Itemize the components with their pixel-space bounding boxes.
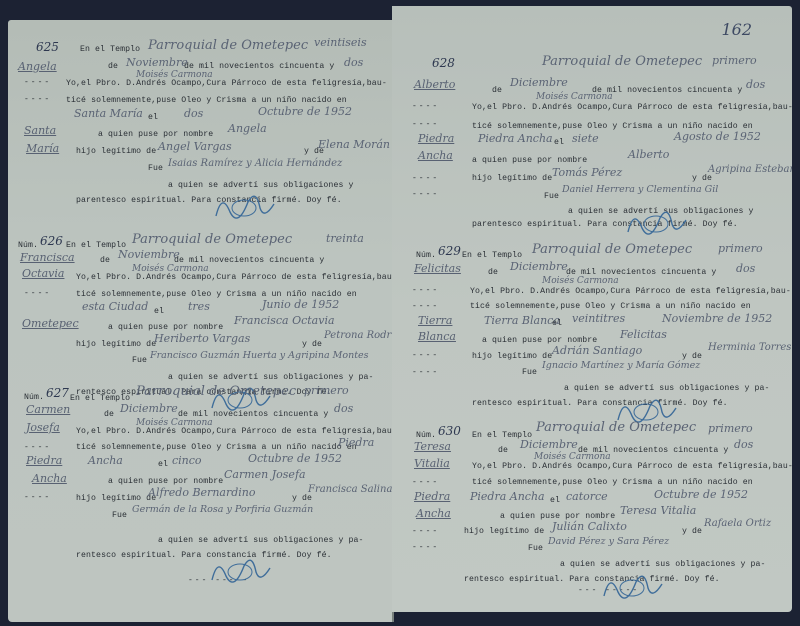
num-label: Núm. — [18, 241, 38, 250]
day-word: primero — [718, 242, 763, 255]
oils-line: ticé solemnemente,puse Oleo y Crisma a u… — [470, 302, 751, 311]
child-name: Carmen Josefa — [224, 468, 306, 481]
temple-label: En el Templo — [80, 45, 140, 54]
margin-name: Ancha — [416, 507, 451, 520]
godparents: Francisco Guzmán Huerta y Agripina Monte… — [150, 350, 369, 361]
priest-correction: Moisés Carmona — [534, 452, 611, 462]
parents-line: hijo legítimo de — [464, 527, 544, 536]
entry-number: 627 — [46, 386, 69, 400]
godparents: Daniel Herrera y Clementina Gil — [562, 184, 718, 195]
godparents-label: Fue — [544, 192, 559, 201]
parents-line: hijo legítimo de — [76, 340, 156, 349]
priest-signature — [204, 550, 274, 594]
priest-line: Yo,el Pbro. D.Andrés Ocampo,Cura Párroco… — [76, 427, 392, 436]
father: Heriberto Vargas — [154, 332, 250, 345]
child-name: Felicitas — [620, 328, 667, 341]
margin-dashes: ---- — [412, 543, 439, 552]
birth-date: Octubre de 1952 — [258, 105, 352, 118]
godparents: Germán de la Rosa y Porfiria Guzmán — [132, 504, 313, 515]
godparents-label: Fue — [112, 511, 127, 520]
month-label: de — [492, 86, 502, 95]
name-line: a quien puse por nombre — [108, 477, 223, 486]
month-label: de — [488, 268, 498, 277]
page-number: 162 — [721, 20, 752, 39]
margin-name: Josefa — [26, 421, 60, 434]
month-label: de — [498, 446, 508, 455]
month: Diciembre — [510, 76, 568, 89]
birth-date: Junio de 1952 — [262, 298, 339, 311]
birth-day: tres — [188, 300, 210, 313]
oils-line: ticé solemnemente,puse Oleo y Crisma a u… — [66, 96, 347, 105]
day-word: primero — [712, 54, 757, 67]
year-phrase: de mil novecientos cincuenta y — [592, 86, 742, 95]
month-label: de — [100, 256, 110, 265]
child-name: Alberto — [628, 148, 669, 161]
margin-name: Ancha — [418, 149, 453, 162]
child-name: Teresa Vitalia — [620, 504, 696, 517]
godparents: Isaias Ramírez y Alicia Hernández — [168, 158, 342, 169]
mother: Francisca Salinas — [308, 484, 392, 495]
birth-place-continued: Piedra — [338, 436, 374, 449]
el-label: el — [554, 138, 564, 147]
entry-number: 629 — [438, 244, 461, 258]
el-label: el — [158, 460, 168, 469]
mother: Petrona Rodríguez — [324, 330, 392, 341]
closing: parentesco espiritual. Para constancia f… — [472, 220, 738, 229]
margin-dashes: ---- — [24, 289, 51, 298]
month: Diciembre — [120, 402, 178, 415]
month-label: de — [104, 410, 114, 419]
left-page: 625 En el Templo Parroquial de Ometepec … — [8, 20, 392, 622]
priest-line: Yo,el Pbro. D.Andrés Ocampo,Cura Párroco… — [66, 79, 387, 88]
birth-date: Octubre de 1952 — [654, 488, 748, 501]
temple-name: Parroquial de Ometepec — [536, 420, 696, 435]
temple-name: Parroquial de Ometepec — [532, 242, 692, 257]
margin-name: Piedra — [414, 490, 450, 503]
margin-dashes: ---- — [412, 527, 439, 536]
priest-correction: Moisés Carmona — [536, 92, 613, 102]
margin-dashes: ---- — [412, 302, 439, 311]
temple-name: Parroquial de Ometepec — [136, 384, 296, 399]
father: Tomás Pérez — [552, 166, 622, 179]
margin-name: Tierra — [418, 314, 452, 327]
month: Diciembre — [520, 438, 578, 451]
godparents-label: Fue — [148, 164, 163, 173]
birth-day: veintitres — [572, 312, 625, 325]
margin-name: Santa — [24, 124, 56, 137]
margin-name: Angela — [18, 60, 57, 73]
month: Diciembre — [510, 260, 568, 273]
margin-name: Francisca — [20, 251, 75, 264]
entry-number: 630 — [438, 424, 461, 438]
y-de: y de — [292, 494, 312, 503]
margin-name: Ometepec — [22, 317, 79, 330]
godparents-label: Fue — [132, 356, 147, 365]
y-de: y de — [692, 174, 712, 183]
birth-place: Tierra Blanca — [484, 314, 560, 327]
margin-dashes: ---- — [24, 443, 51, 452]
margin-dashes: ---- — [412, 190, 439, 199]
margin-name: Carmen — [26, 403, 70, 416]
el-label: el — [148, 113, 158, 122]
year-suffix: dos — [736, 262, 755, 275]
name-line: a quien puse por nombre — [108, 323, 223, 332]
year-suffix: dos — [334, 402, 353, 415]
parents-line: hijo legítimo de — [472, 352, 552, 361]
temple-name: Parroquial de Ometepec — [148, 38, 308, 53]
margin-dashes: ---- — [412, 102, 439, 111]
margin-dashes: ---- — [412, 478, 439, 487]
entry-number: 625 — [36, 40, 59, 54]
closing: rentesco espiritual. Para constancia fir… — [472, 399, 728, 408]
birth-place: Piedra Ancha — [470, 490, 545, 503]
year-suffix: dos — [746, 78, 765, 91]
father: Alfredo Bernardino — [148, 486, 255, 499]
margin-name: Alberto — [414, 78, 455, 91]
margin-dashes: ---- — [412, 351, 439, 360]
margin-name: Piedra — [418, 132, 454, 145]
birth-place: Santa María — [74, 107, 143, 120]
margin-dashes: ---- — [412, 120, 439, 129]
child-name: Francisca Octavia — [234, 314, 335, 327]
godparents: David Pérez y Sara Pérez — [548, 536, 669, 547]
birth-day: cinco — [172, 454, 202, 467]
entry-number: 626 — [40, 234, 63, 248]
priest-line: Yo,el Pbro. D.Andrés Ocampo,Cura Párroco… — [472, 462, 792, 471]
margin-dashes: ---- — [412, 286, 439, 295]
godparents-label: Fue — [522, 368, 537, 377]
day-word: primero — [304, 384, 349, 397]
el-label: el — [550, 496, 560, 505]
mother: Herminia Torres — [708, 342, 791, 353]
temple-name: Parroquial de Ometepec — [132, 232, 292, 247]
priest-signature — [620, 202, 690, 246]
admonition: a quien se advertí sus obligaciones y pa… — [158, 536, 364, 545]
margin-dashes: ---- — [412, 174, 439, 183]
priest-line: Yo,el Pbro. D.Andrés Ocampo,Cura Párroco… — [472, 103, 792, 112]
closing: rentesco espiritual. Para constancia fir… — [464, 575, 720, 584]
birth-place: esta Ciudad — [82, 300, 148, 313]
margin-dashes: ---- — [412, 368, 439, 377]
birth-date: Octubre de 1952 — [248, 452, 342, 465]
temple-name: Parroquial de Ometepec — [542, 54, 702, 69]
birth-day: catorce — [566, 490, 608, 503]
margin-name: Vitalia — [414, 457, 450, 470]
day-word: veintiseis — [314, 36, 367, 49]
birth-place-line2: Ancha — [88, 454, 123, 467]
margin-dashes: ---- — [24, 493, 51, 502]
priest-correction: Moisés Carmona — [542, 276, 619, 286]
day-word: treinta — [326, 232, 364, 245]
y-de: y de — [682, 527, 702, 536]
temple-label: En el Templo — [462, 251, 522, 260]
father: Julián Calixto — [552, 520, 627, 533]
mother: Agripina Esteban — [708, 164, 792, 175]
margin-name: Blanca — [418, 330, 456, 343]
father: Adrián Santiago — [552, 344, 642, 357]
right-page: 162 628 Parroquial de Ometepec primero A… — [392, 6, 792, 612]
num-label: Núm. — [416, 431, 436, 440]
godparents: Ignacio Martínez y María Gómez — [542, 360, 700, 371]
margin-name: Felicitas — [414, 262, 461, 275]
oils-line: ticé solemnemente,puse Oleo y Crisma a u… — [76, 443, 357, 452]
margin-name: Teresa — [414, 440, 451, 453]
el-label: el — [552, 319, 562, 328]
mother: Rafaela Ortiz — [704, 518, 771, 529]
parents-line: hijo legítimo de — [472, 174, 552, 183]
parents-line: hijo legítimo de — [76, 494, 156, 503]
margin-name: Octavia — [22, 267, 64, 280]
margin-dashes: ---- — [24, 78, 51, 87]
margin-name: María — [26, 142, 59, 155]
mother: Elena Morán — [318, 138, 390, 151]
y-de: y de — [302, 340, 322, 349]
parents-line: hijo legítimo de — [76, 147, 156, 156]
margin-name: Piedra — [26, 454, 62, 467]
oils-line: ticé solemnemente,puse Oleo y Crisma a u… — [472, 478, 753, 487]
num-label: Núm. — [416, 251, 436, 260]
month-label: de — [108, 62, 118, 71]
birth-day: siete — [572, 132, 599, 145]
margin-name: Ancha — [32, 472, 67, 485]
birth-place: Piedra Ancha — [478, 132, 553, 145]
priest-signature — [208, 186, 278, 230]
year-suffix: dos — [734, 438, 753, 451]
birth-day: dos — [184, 107, 203, 120]
margin-dashes: ---- — [24, 95, 51, 104]
priest-line: Yo,el Pbro. D.Andrés Ocampo,Cura Párroco… — [76, 273, 392, 282]
birth-date: Noviembre de 1952 — [662, 312, 772, 325]
el-label: el — [154, 307, 164, 316]
priest-line: Yo,el Pbro. D.Andrés Ocampo,Cura Párroco… — [470, 287, 791, 296]
num-label: Núm. — [24, 393, 44, 402]
name-line: a quien puse por nombre — [98, 130, 213, 139]
name-line: a quien puse por nombre — [472, 156, 587, 165]
entry-number: 628 — [432, 56, 455, 70]
priest-signature — [596, 566, 666, 610]
godparents-label: Fue — [528, 544, 543, 553]
month: Noviembre — [118, 248, 180, 261]
child-name: Angela — [228, 122, 267, 135]
father: Angel Vargas — [158, 140, 232, 153]
birth-date: Agosto de 1952 — [674, 130, 761, 143]
month: Noviembre — [126, 56, 188, 69]
year-suffix: dos — [344, 56, 363, 69]
day-word: primero — [708, 422, 753, 435]
